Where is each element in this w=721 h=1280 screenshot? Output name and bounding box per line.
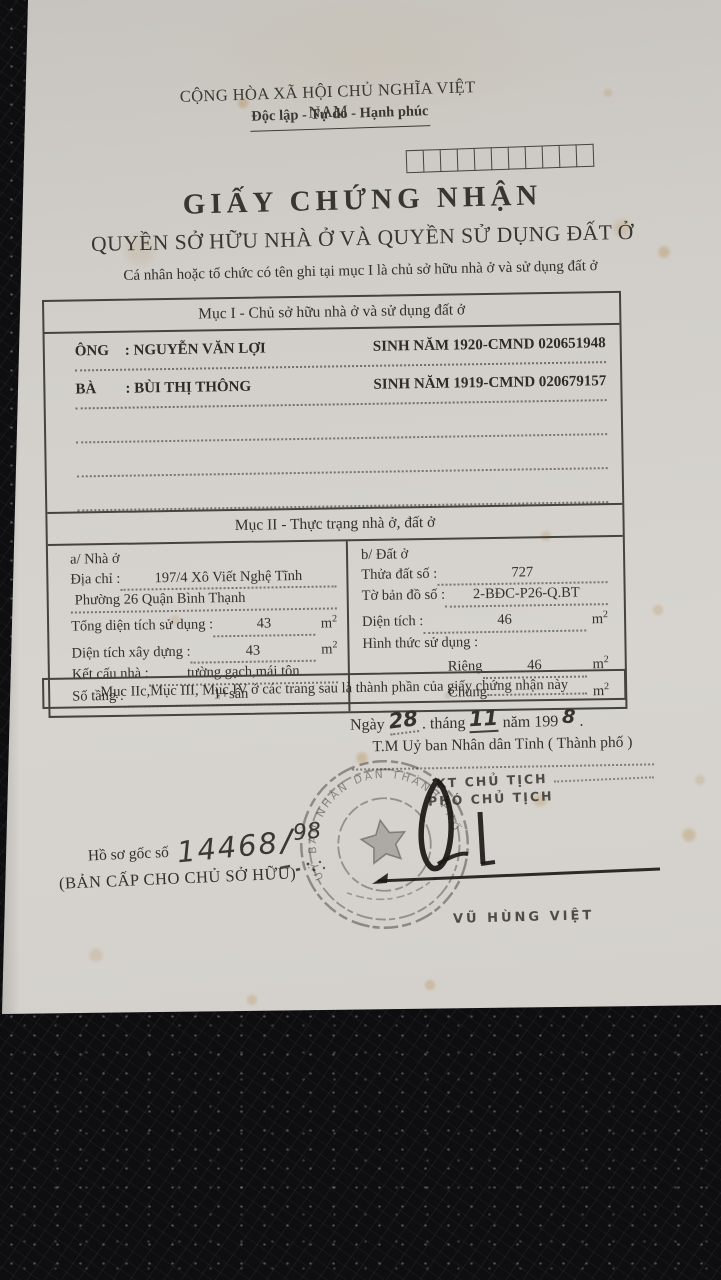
owner-name: : NGUYỄN VĂN LỢI bbox=[125, 340, 266, 359]
serial-box-cell bbox=[441, 148, 459, 172]
total-area-label: Tổng diện tích sử dụng : bbox=[71, 616, 213, 638]
handwritten-month: 11 bbox=[469, 706, 500, 733]
serial-box-cell bbox=[577, 144, 595, 168]
dossier-label: Hồ sơ gốc số bbox=[88, 844, 170, 866]
owner-info: SINH NĂM 1919-CMND 020679157 bbox=[373, 373, 606, 394]
built-area-line: Diện tích xây dựng : 43 m2 bbox=[71, 635, 337, 666]
dot: . bbox=[422, 715, 426, 732]
serial-box-cell bbox=[492, 147, 510, 171]
serial-box-cell bbox=[526, 146, 544, 170]
use-form-label: Hình thức sử dụng : bbox=[362, 633, 478, 654]
total-area-line: Tổng diện tích sử dụng : 43 m2 bbox=[71, 609, 337, 640]
map-label: Tờ bản đồ số : bbox=[362, 586, 446, 607]
address-value-2: Phường 26 Quận Bình Thạnh bbox=[71, 587, 337, 613]
square-meter-unit: m2 bbox=[321, 635, 338, 660]
section1-body: ÔNG : NGUYỄN VĂN LỢI SINH NĂM 1920-CMND … bbox=[45, 325, 623, 514]
map-line: Tờ bản đồ số : 2-BĐC-P26-Q.BT bbox=[362, 583, 608, 608]
land-area-line: Diện tích : 46 m2 bbox=[362, 605, 608, 635]
house-address-line2: Phường 26 Quận Bình Thạnh bbox=[71, 587, 337, 613]
owner-name: : BÙI THỊ THÔNG bbox=[125, 378, 251, 397]
square-meter-unit: m2 bbox=[321, 609, 338, 634]
serial-box-cell bbox=[458, 148, 476, 172]
serial-box-cell bbox=[543, 145, 561, 169]
photo-background: CỘNG HÒA XÃ HỘI CHỦ NGHĨA VIỆT NAM Độc l… bbox=[0, 0, 721, 1280]
owner-title: ÔNG bbox=[75, 342, 125, 360]
address-label: Địa chỉ : bbox=[70, 569, 120, 589]
certificate-table: Mục I - Chủ sở hữu nhà ở và sử dụng đất … bbox=[42, 291, 627, 718]
serial-box-cell bbox=[475, 147, 493, 171]
handwritten-year: 8 bbox=[562, 706, 577, 729]
dossier-block: Hồ sơ gốc số 14468 / 98 (BẢN CẤP CHO CHỦ… bbox=[57, 817, 369, 893]
built-area-value: 43 bbox=[190, 640, 315, 663]
handwritten-day: 28 bbox=[387, 706, 419, 735]
built-area-label: Diện tích xây dựng : bbox=[71, 642, 190, 663]
signature-scribble bbox=[368, 760, 668, 895]
year-label: năm 199 bbox=[503, 713, 559, 731]
plot-value: 727 bbox=[437, 562, 607, 586]
land-area-value: 46 bbox=[423, 610, 586, 634]
land-area-label: Diện tích : bbox=[362, 612, 424, 632]
day-label: Ngày bbox=[350, 716, 385, 734]
dot: . bbox=[579, 713, 583, 730]
plot-label: Thửa đất số : bbox=[361, 564, 437, 585]
serial-box-cell bbox=[509, 146, 527, 170]
owner-info: SINH NĂM 1920-CMND 020651948 bbox=[373, 335, 606, 356]
square-meter-unit: m2 bbox=[592, 605, 609, 630]
serial-box-cell bbox=[406, 150, 425, 174]
month-label: tháng bbox=[430, 715, 466, 733]
serial-box-cell bbox=[424, 149, 442, 173]
total-area-value: 43 bbox=[213, 614, 315, 637]
map-value: 2-BĐC-P26-Q.BT bbox=[445, 583, 608, 607]
serial-box-cell bbox=[560, 144, 578, 168]
owner-title: BÀ bbox=[75, 380, 125, 398]
document-paper: CỘNG HÒA XÃ HỘI CHỦ NGHĨA VIỆT NAM Độc l… bbox=[0, 0, 721, 1280]
blank-dotted-line bbox=[77, 469, 608, 511]
